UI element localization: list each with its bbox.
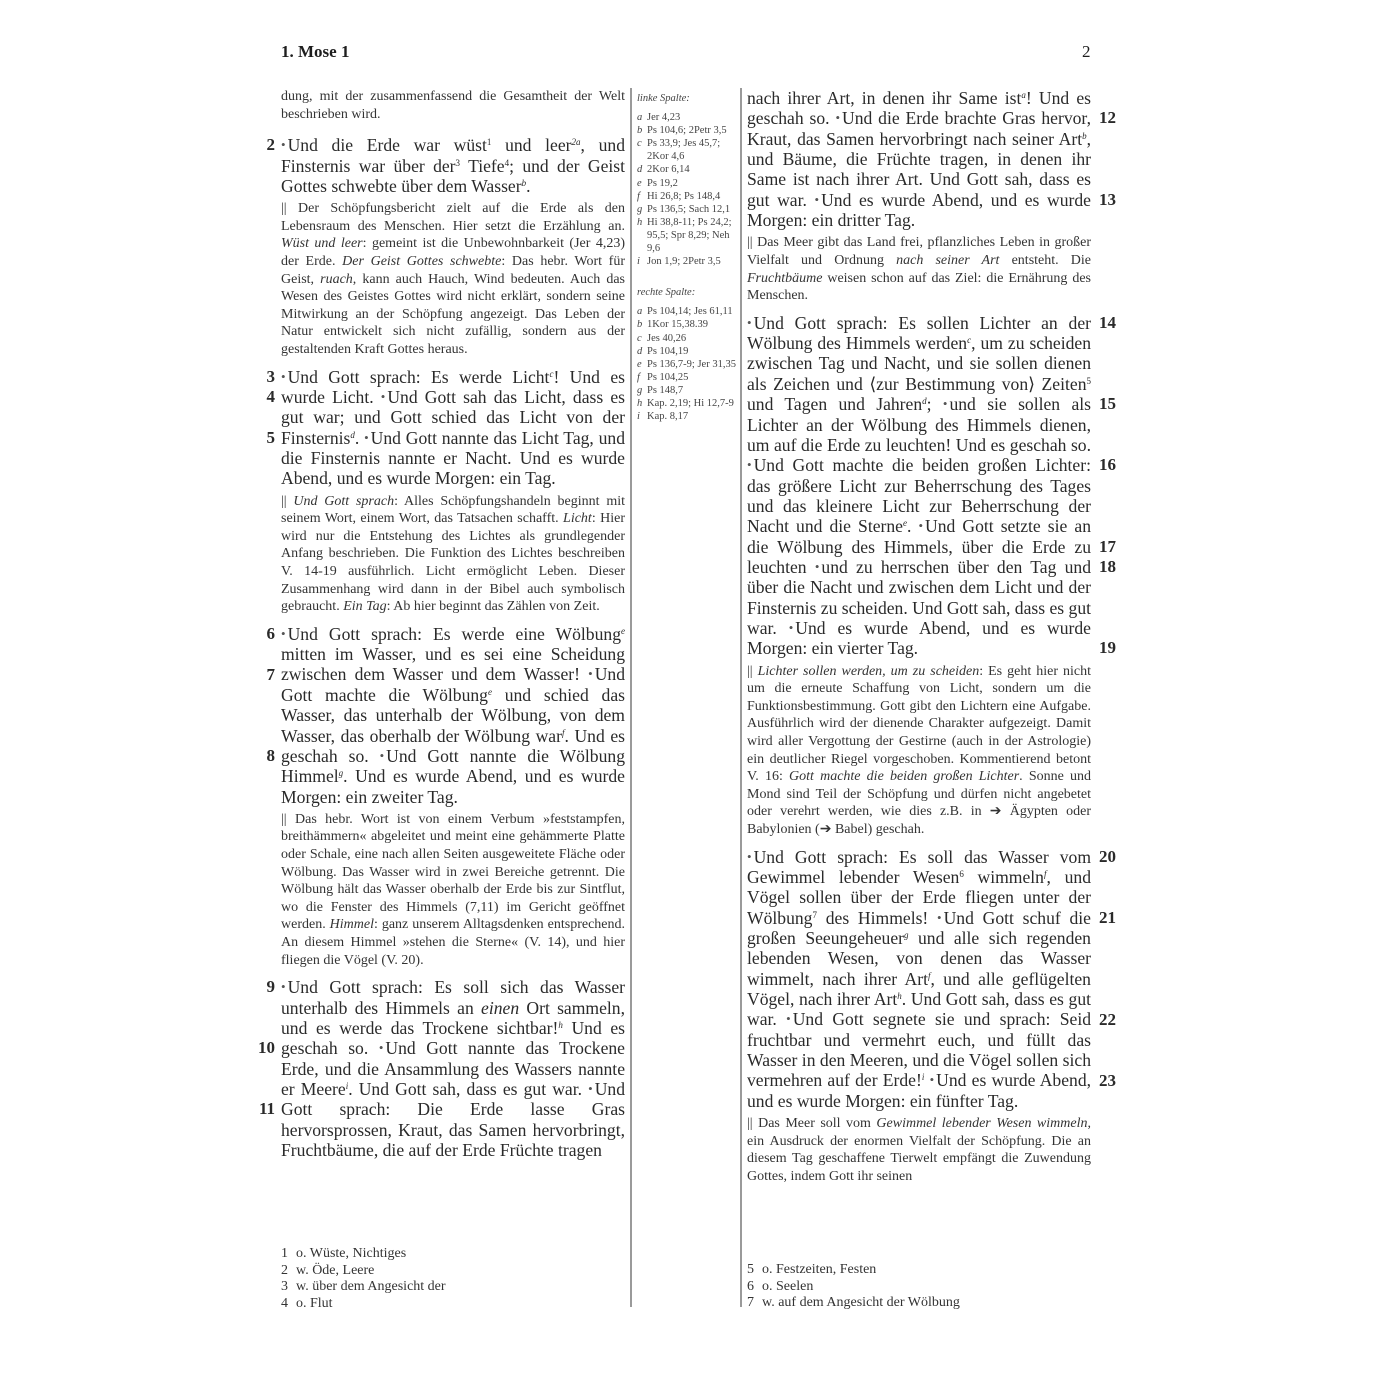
footnote: 3w. über dem Angesicht der (281, 1279, 446, 1296)
verse-number: 6 (257, 624, 275, 644)
commentary-5: || Lichter sollen werden, um zu scheiden… (747, 663, 1091, 839)
verse-number: 16 (1099, 455, 1123, 475)
crossref-item[interactable]: iJon 1,9; 2Petr 3,5 (637, 255, 737, 268)
verse-number: 14 (1099, 313, 1123, 333)
right-column: 12 13 nach ihrer Art, in denen ihr Same … (747, 88, 1091, 1193)
commentary-3: || Das hebr. Wort ist von einem Verbum »… (281, 811, 625, 969)
crossref-item[interactable]: gPs 136,5; Sach 12,1 (637, 203, 737, 216)
left-column: dung, mit der zusammenfassend die Gesamt… (281, 88, 625, 1164)
verse-number: 20 (1099, 847, 1123, 867)
commentary-1: || Der Schöpfungsbericht zielt auf die E… (281, 200, 625, 358)
footnote-marker[interactable]: 2a (572, 137, 581, 147)
verse-number: 22 (1099, 1010, 1123, 1030)
crossref-item[interactable]: dPs 104,19 (637, 345, 737, 358)
crossref-heading-left: linke Spalte: (637, 92, 737, 105)
verse-marker-icon: • (789, 620, 794, 635)
verse-marker-icon: • (747, 457, 752, 472)
verse-number: 13 (1099, 190, 1123, 210)
verses-9-11: 9 10 11 •Und Gott sprach: Es soll sich d… (281, 977, 625, 1160)
crossref-item[interactable]: aPs 104,14; Jes 61,11 (637, 305, 737, 318)
verse-marker-icon: • (588, 666, 593, 681)
footnote: 5o. Festzeiten, Festen (747, 1262, 960, 1279)
verse-marker-icon: • (364, 430, 369, 445)
column-divider-right (740, 88, 742, 1307)
verse-number: 10 (257, 1038, 275, 1058)
verse-number: 15 (1099, 394, 1123, 414)
footnote: 4o. Flut (281, 1296, 446, 1313)
verse-number: 2 (257, 135, 275, 155)
verse-number: 18 (1099, 557, 1123, 577)
commentary-6: || Das Meer soll vom Gewimmel lebender W… (747, 1115, 1091, 1185)
footnote: 1o. Wüste, Nichtiges (281, 1246, 446, 1263)
crossref-item[interactable]: fPs 104,25 (637, 371, 737, 384)
verse-number: 3 (257, 367, 275, 387)
crossref-item[interactable]: b1Kor 15,38.39 (637, 318, 737, 331)
verse-marker-icon: • (918, 518, 923, 533)
verse-marker-icon: • (815, 192, 820, 207)
verse-marker-icon: • (281, 626, 286, 641)
commentary-2: || Und Gott sprach: Alles Schöpfungshand… (281, 493, 625, 616)
verse-marker-icon: • (930, 1072, 935, 1087)
verse-number: 11 (257, 1099, 275, 1119)
verse-marker-icon: • (943, 396, 948, 411)
page-number: 2 (1082, 42, 1091, 62)
verse-marker-icon: • (747, 315, 752, 330)
verse-marker-icon: • (281, 369, 286, 384)
verses-14-19: 14 15 16 17 18 19 •Und Gott sprach: Es s… (747, 313, 1091, 659)
verse-marker-icon: • (937, 910, 942, 925)
crossref-item[interactable]: hHi 38,8-11; Ps 24,2; 95,5; Spr 8,29; Ne… (637, 216, 737, 255)
verse-number: 19 (1099, 638, 1123, 658)
verse-marker-icon: • (281, 979, 286, 994)
crossref-item[interactable]: aJer 4,23 (637, 111, 737, 124)
footnote-marker[interactable]: 5 (1087, 376, 1092, 386)
verse-number: 4 (257, 387, 275, 407)
verses-3-5: 3 4 5 •Und Gott sprach: Es werde Lichtc!… (281, 367, 625, 489)
verse-marker-icon: • (747, 849, 752, 864)
verse-number: 9 (257, 977, 275, 997)
cross-references: linke Spalte: aJer 4,23 bPs 104,6; 2Petr… (637, 92, 737, 423)
footnote: 6o. Seelen (747, 1279, 960, 1296)
running-head: 1. Mose 1 (281, 42, 349, 62)
verse-number: 17 (1099, 537, 1123, 557)
verse-2: 2•Und die Erde war wüst1 und leer2a, und… (281, 135, 625, 196)
crossref-item[interactable]: gPs 148,7 (637, 384, 737, 397)
verse-number: 12 (1099, 108, 1123, 128)
crossref-item[interactable]: ePs 136,7-9; Jer 31,35 (637, 358, 737, 371)
commentary-continuation: dung, mit der zusammenfassend die Gesamt… (281, 88, 625, 123)
verses-11-13: 12 13 nach ihrer Art, in denen ihr Same … (747, 88, 1091, 230)
verse-number: 7 (257, 665, 275, 685)
verses-6-8: 6 7 8 •Und Gott sprach: Es werde eine Wö… (281, 624, 625, 807)
crossref-item[interactable]: cPs 33,9; Jes 45,7; 2Kor 4,6 (637, 137, 737, 163)
verse-marker-icon: • (786, 1011, 791, 1026)
footnotes-right: 5o. Festzeiten, Festen 6o. Seelen 7w. au… (747, 1262, 960, 1312)
crossref-marker[interactable]: e (621, 626, 625, 636)
crossref-item[interactable]: cJes 40,26 (637, 332, 737, 345)
crossref-item[interactable]: hKap. 2,19; Hi 12,7-9 (637, 397, 737, 410)
footnote: 2w. Öde, Leere (281, 1263, 446, 1280)
verse-marker-icon: • (380, 748, 385, 763)
bible-page: 1. Mose 1 2 dung, mit der zusammenfassen… (0, 0, 1400, 1400)
crossref-item[interactable]: ePs 19,2 (637, 177, 737, 190)
crossref-item[interactable]: iKap. 8,17 (637, 410, 737, 423)
verse-marker-icon: • (815, 559, 820, 574)
column-divider-left (630, 88, 632, 1307)
verse-marker-icon: • (281, 137, 286, 152)
verses-20-23: 20 21 22 23 •Und Gott sprach: Es soll da… (747, 847, 1091, 1111)
crossref-item[interactable]: d2Kor 6,14 (637, 163, 737, 176)
verse-marker-icon: • (588, 1081, 593, 1096)
verse-marker-icon: • (381, 389, 386, 404)
verse-marker-icon: • (379, 1040, 384, 1055)
crossref-heading-right: rechte Spalte: (637, 286, 737, 299)
verse-number: 23 (1099, 1071, 1123, 1091)
crossref-item[interactable]: bPs 104,6; 2Petr 3,5 (637, 124, 737, 137)
footnote: 7w. auf dem Angesicht der Wölbung (747, 1295, 960, 1312)
verse-number: 8 (257, 746, 275, 766)
footnotes-left: 1o. Wüste, Nichtiges 2w. Öde, Leere 3w. … (281, 1246, 446, 1312)
commentary-4: || Das Meer gibt das Land frei, pflanzli… (747, 234, 1091, 304)
verse-marker-icon: • (835, 110, 840, 125)
crossref-item[interactable]: fHi 26,8; Ps 148,4 (637, 190, 737, 203)
verse-number: 5 (257, 428, 275, 448)
verse-number: 21 (1099, 908, 1123, 928)
